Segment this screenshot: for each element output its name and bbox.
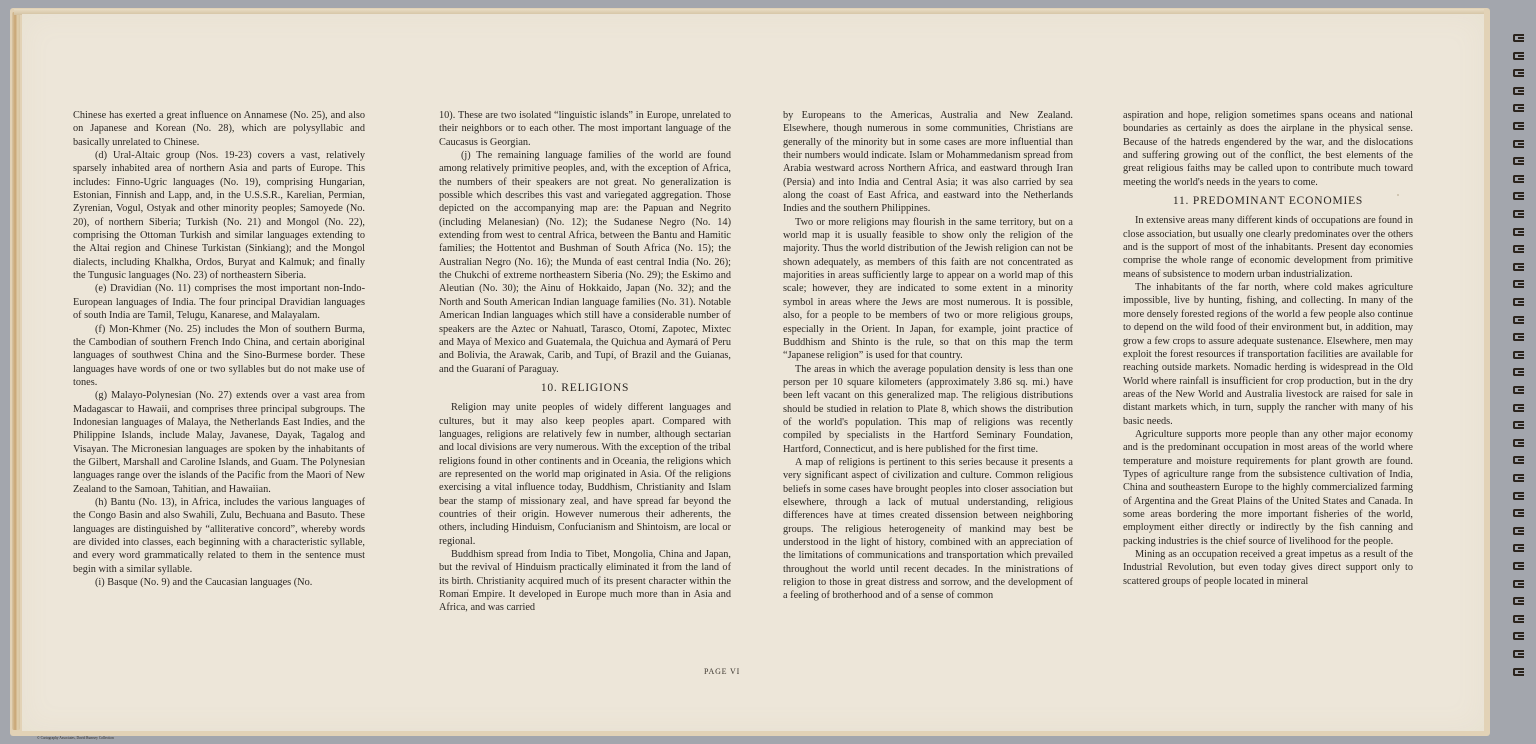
- paragraph: Chinese has exerted a great influence on…: [73, 109, 365, 149]
- paragraph: Mining as an occupation received a great…: [1123, 548, 1413, 588]
- spiral-coil: [1513, 280, 1524, 288]
- text-column-1: Chinese has exerted a great influence on…: [73, 109, 365, 589]
- spiral-coil: [1513, 122, 1524, 130]
- paragraph: A map of religions is pertinent to this …: [783, 456, 1073, 603]
- spiral-coil: [1513, 615, 1524, 623]
- paragraph: In extensive areas many different kinds …: [1123, 214, 1413, 281]
- paragraph: aspiration and hope, religion sometimes …: [1123, 109, 1413, 189]
- spiral-coil: [1513, 509, 1524, 517]
- paragraph: Agriculture supports more people than an…: [1123, 428, 1413, 548]
- spiral-coil: [1513, 404, 1524, 412]
- paragraph: (d) Ural-Altaic group (Nos. 19-23) cover…: [73, 149, 365, 282]
- spiral-coil: [1513, 562, 1524, 570]
- spiral-coil: [1513, 456, 1524, 464]
- spiral-coil: [1513, 316, 1524, 324]
- text-column-3: by Europeans to the Americas, Australia …: [783, 109, 1073, 603]
- paper-speck: [1397, 194, 1399, 196]
- spiral-coil: [1513, 210, 1524, 218]
- paragraph: The areas in which the average populatio…: [783, 363, 1073, 456]
- page-number: PAGE VI: [704, 667, 740, 676]
- spiral-coil: [1513, 632, 1524, 640]
- text-column-4: aspiration and hope, religion sometimes …: [1123, 109, 1413, 588]
- spiral-coil: [1513, 527, 1524, 535]
- spiral-coil: [1513, 492, 1524, 500]
- paper-speck: [1042, 344, 1044, 346]
- section-heading: 10. RELIGIONS: [439, 382, 731, 395]
- spiral-coil: [1513, 228, 1524, 236]
- paragraph: (g) Malayo-Polynesian (No. 27) extends o…: [73, 389, 365, 496]
- spiral-coil: [1513, 597, 1524, 605]
- section-heading: 11. PREDOMINANT ECONOMIES: [1123, 195, 1413, 208]
- spiral-coil: [1513, 421, 1524, 429]
- spiral-binding: [1513, 34, 1527, 694]
- spiral-coil: [1513, 34, 1524, 42]
- paragraph: (f) Mon-Khmer (No. 25) includes the Mon …: [73, 323, 365, 390]
- spiral-coil: [1513, 439, 1524, 447]
- spiral-coil: [1513, 52, 1524, 60]
- paper-speck: [82, 479, 84, 481]
- spiral-coil: [1513, 175, 1524, 183]
- spiral-coil: [1513, 69, 1524, 77]
- paragraph: 10). These are two isolated “linguistic …: [439, 109, 731, 149]
- paragraph: Religion may unite peoples of widely dif…: [439, 401, 731, 548]
- paragraph: Two or more religions may flourish in th…: [783, 216, 1073, 363]
- spiral-coil: [1513, 263, 1524, 271]
- paragraph: by Europeans to the Americas, Australia …: [783, 109, 1073, 216]
- paragraph: Buddhism spread from India to Tibet, Mon…: [439, 548, 731, 615]
- spiral-coil: [1513, 140, 1524, 148]
- paragraph: (h) Bantu (No. 13), in Africa, includes …: [73, 496, 365, 576]
- spiral-coil: [1513, 386, 1524, 394]
- spiral-coil: [1513, 474, 1524, 482]
- paragraph: The inhabitants of the far north, where …: [1123, 281, 1413, 428]
- paper-speck: [467, 589, 469, 591]
- spiral-coil: [1513, 668, 1524, 676]
- spiral-coil: [1513, 580, 1524, 588]
- spiral-coil: [1513, 87, 1524, 95]
- paragraph: (i) Basque (No. 9) and the Caucasian lan…: [73, 576, 365, 589]
- spiral-coil: [1513, 333, 1524, 341]
- spiral-coil: [1513, 298, 1524, 306]
- spiral-coil: [1513, 650, 1524, 658]
- paragraph: (j) The remaining language families of t…: [439, 149, 731, 376]
- spiral-coil: [1513, 157, 1524, 165]
- spiral-coil: [1513, 245, 1524, 253]
- spiral-coil: [1513, 351, 1524, 359]
- spiral-coil: [1513, 544, 1524, 552]
- copyright-notice: © Cartography Associates, David Rumsey C…: [37, 736, 114, 740]
- spiral-coil: [1513, 368, 1524, 376]
- spiral-coil: [1513, 104, 1524, 112]
- text-column-2: 10). These are two isolated “linguistic …: [439, 109, 731, 615]
- book-page: Chinese has exerted a great influence on…: [22, 14, 1484, 731]
- spiral-coil: [1513, 192, 1524, 200]
- page-edge-left: [12, 12, 20, 730]
- paragraph: (e) Dravidian (No. 11) comprises the mos…: [73, 282, 365, 322]
